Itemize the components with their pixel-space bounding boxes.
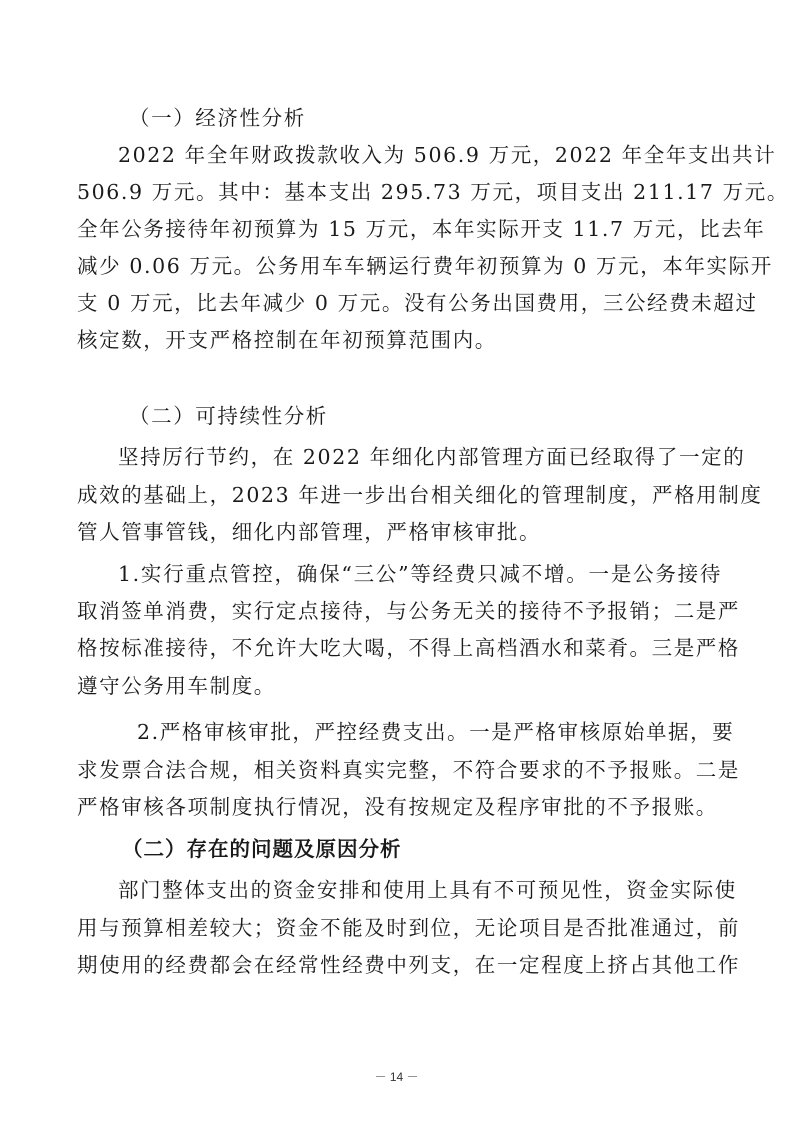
paragraph-line: 支 0 万元，比去年减少 0 万元。没有公务出国费用，三公经费未超过	[77, 285, 722, 322]
paragraph-line: 减少 0.06 万元。公务用车车辆运行费年初预算为 0 万元，本年实际开	[77, 248, 722, 285]
paragraph-line: 期使用的经费都会在经常性经费中列支，在一定程度上挤占其他工作	[77, 947, 722, 984]
list-item-line: 遵守公务用车制度。	[77, 668, 722, 705]
list-item-line: 取消签单消费，实行定点接待，与公务无关的接待不予报销；二是严	[77, 593, 722, 630]
paragraph-line: 成效的基础上，2023 年进一步出台相关细化的管理制度，严格用制度	[77, 477, 722, 514]
paragraph-line: 管人管事管钱，细化内部管理，严格审核审批。	[77, 514, 722, 551]
paragraph-line: 核定数，开支严格控制在年初预算范围内。	[77, 322, 722, 359]
list-item-line: 求发票合法合规，相关资料真实完整，不符合要求的不予报账。二是	[77, 752, 722, 789]
paragraph-line: 506.9 万元。其中：基本支出 295.73 万元，项目支出 211.17 万…	[77, 174, 722, 211]
paragraph-line: 全年公务接待年初预算为 15 万元，本年实际开支 11.7 万元，比去年	[77, 211, 722, 248]
list-item-line: 格按标准接待，不允许大吃大喝，不得上高档酒水和菜肴。三是严格	[77, 630, 722, 667]
section-heading-economy: （一）经济性分析	[77, 100, 722, 137]
paragraph-line: 坚持厉行节约，在 2022 年细化内部管理方面已经取得了一定的	[77, 439, 722, 476]
section-heading-sustainability: （二）可持续性分析	[77, 398, 722, 435]
list-item-line: 2.严格审核审批，严控经费支出。一是严格审核原始单据，要	[77, 714, 722, 751]
list-item-line: 严格审核各项制度执行情况，没有按规定及程序审批的不予报账。	[77, 789, 722, 826]
page-number: － 14 －	[0, 1068, 793, 1085]
paragraph-line: 2022 年全年财政拨款收入为 506.9 万元，2022 年全年支出共计	[77, 137, 722, 174]
section-heading-problems: （二）存在的问题及原因分析	[77, 831, 722, 868]
paragraph-line: 部门整体支出的资金安排和使用上具有不可预见性，资金实际使	[77, 872, 722, 909]
paragraph-line: 用与预算相差较大；资金不能及时到位，无论项目是否批准通过，前	[77, 910, 722, 947]
list-item-line: 1.实行重点管控，确保“三公”等经费只减不增。一是公务接待	[77, 556, 722, 593]
